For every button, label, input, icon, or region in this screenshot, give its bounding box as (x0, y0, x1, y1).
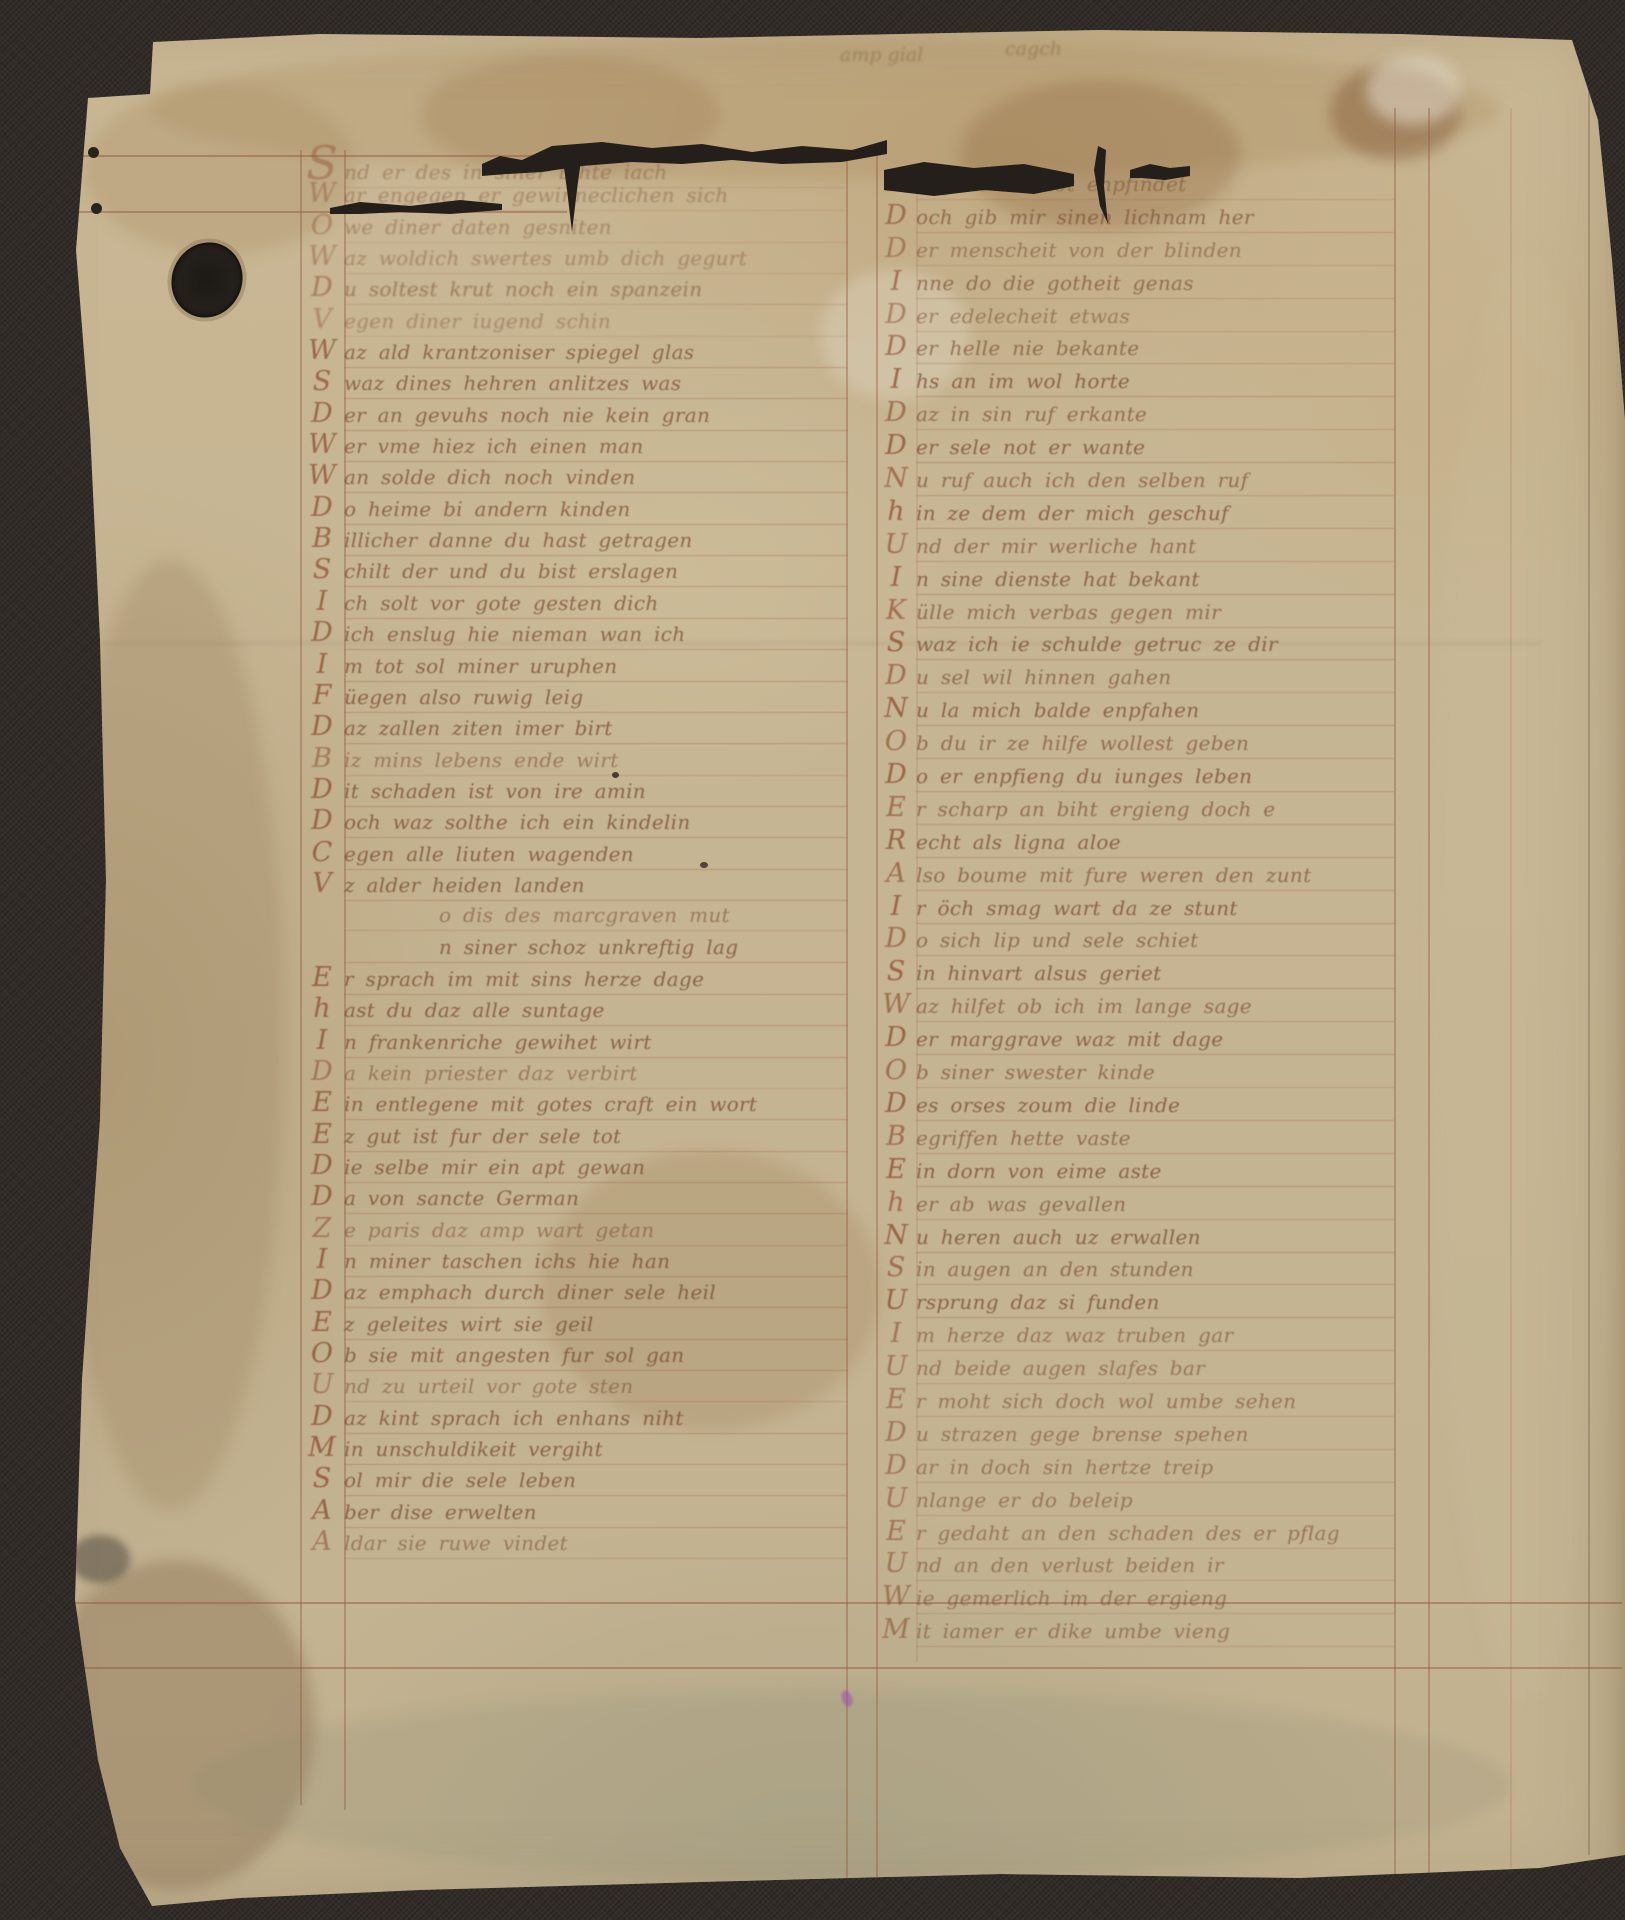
verse-line: Du soltest krut noch ein spanzein (300, 273, 848, 304)
verse-text: in ze dem der mich geschuf (916, 498, 1394, 529)
verse-line: Er moht sich doch wol umbe sehen (876, 1385, 1394, 1418)
verse-initial: M (300, 1433, 344, 1463)
verse-line: Des orses zoum die linde (876, 1089, 1394, 1122)
verse-text: u ruf auch ich den selben ruf (916, 465, 1394, 496)
verse-text: in unschuldikeit vergiht (344, 1434, 848, 1465)
verse-line: Vegen diner iugend schin (300, 305, 848, 336)
verse-line: In sine dienste hat bekant (876, 563, 1394, 596)
verse-text: b siner swester kinde (916, 1057, 1394, 1088)
header-offset-text: cagch (1005, 38, 1062, 60)
verse-line: o dis des marcgraven mut (300, 900, 848, 931)
verse-text: r sprach im mit sins herze dage (344, 964, 848, 995)
verse-text: lso boume mit fure weren den zunt (916, 860, 1394, 891)
verse-line: Daz in sin ruf erkante (876, 398, 1394, 431)
verse-initial: D (300, 1182, 344, 1212)
verse-initial: O (876, 1056, 916, 1086)
verse-text: chilt der und du bist erslagen (344, 556, 848, 587)
ruling-line-horizontal (70, 1667, 1622, 1669)
verse-line: Ein dorn von eime aste (876, 1155, 1394, 1188)
verse-initial: D (300, 399, 344, 429)
verse-line: Der helle nie bekante (876, 332, 1394, 365)
verse-line: Swaz dines hehren anlitzes was (300, 367, 848, 398)
verse-initial: S (876, 1253, 916, 1283)
verse-text: o dis des marcgraven mut (344, 900, 848, 931)
verse-line: Ze paris daz amp wart getan (300, 1214, 848, 1245)
verse-text: egen diner iugend schin (344, 306, 848, 337)
verse-initial: U (300, 1370, 344, 1400)
verse-initial: N (876, 464, 916, 494)
verse-line: Im herze daz waz truben gar (876, 1319, 1394, 1352)
verse-text: er helle nie bekante (916, 333, 1394, 364)
verse-line: Wer vme hiez ich einen man (300, 430, 848, 461)
verse-text: echt als ligna aloe (916, 827, 1394, 858)
verse-text: nd an den verlust beiden ir (916, 1550, 1394, 1581)
verse-text: iz mins lebens ende wirt (344, 745, 848, 776)
stain (1366, 55, 1461, 125)
verse-text: o sich lip und sele schiet (916, 925, 1394, 956)
verse-text: z gut ist fur der sele tot (344, 1121, 848, 1152)
verse-initial: E (876, 793, 916, 823)
verse-line: Ez gut ist fur der sele tot (300, 1120, 848, 1151)
verse-initial: E (300, 963, 344, 993)
verse-text: egen alle liuten wagenden (344, 839, 848, 870)
verse-text: er edelecheit etwas (916, 301, 1394, 332)
verse-initial: D (876, 924, 916, 954)
verse-initial: U (876, 530, 916, 560)
verse-line: Und beide augen slafes bar (876, 1352, 1394, 1385)
verse-initial: O (876, 727, 916, 757)
verse-initial: E (876, 1517, 916, 1547)
verse-text: n frankenriche gewihet wirt (344, 1027, 848, 1058)
verse-initial: D (876, 1418, 916, 1448)
verse-initial: E (876, 1155, 916, 1185)
verse-line: Aldar sie ruwe vindet (300, 1527, 848, 1558)
verse-line: Dit schaden ist von ire amin (300, 775, 848, 806)
verse-text: it iamer er dike umbe vieng (916, 1616, 1394, 1647)
verse-initial: D (300, 712, 344, 742)
verse-initial: B (876, 1122, 916, 1152)
verse-initial: V (300, 869, 344, 899)
verse-line: Ez geleites wirt sie geil (300, 1308, 848, 1339)
verse-line: n siner schoz unkreftig lag (300, 932, 848, 963)
verse-initial: D (300, 493, 344, 523)
verse-initial: I (876, 563, 916, 593)
text-column-left: Snd er des in siner bihte iachWar engege… (300, 148, 848, 1558)
verse-text: ich enslug hie nieman wan ich (344, 619, 848, 650)
verse-line: Nu ruf auch ich den selben ruf (876, 464, 1394, 497)
stain (35, 1560, 315, 1890)
verse-initial: S (300, 367, 344, 397)
verse-initial: A (876, 859, 916, 889)
ruling-line-vertical (1510, 108, 1512, 1868)
verse-line: Ursprung daz si funden (876, 1286, 1394, 1319)
verse-initial: I (300, 650, 344, 680)
verse-initial: I (876, 267, 916, 297)
verse-line: Da von sancte German (300, 1182, 848, 1213)
verse-text: e paris daz amp wart getan (344, 1215, 848, 1246)
verse-text: z alder heiden landen (344, 870, 848, 901)
verse-line: Cegen alle liuten wagenden (300, 838, 848, 869)
verse-initial: V (300, 305, 344, 335)
parchment-leaf: amp gial cagch Snd er des in siner bihte… (0, 0, 1625, 1920)
verse-initial: D (876, 1023, 916, 1053)
verse-initial: K (876, 596, 916, 626)
wormhole-damage (160, 231, 255, 329)
photograph-stage: amp gial cagch Snd er des in siner bihte… (0, 0, 1625, 1920)
verse-line: Also boume mit fure weren den zunt (876, 859, 1394, 892)
verse-initial: S (300, 148, 344, 178)
verse-initial: I (300, 587, 344, 617)
verse-line: Sin hinvart alsus geriet (876, 957, 1394, 990)
verse-line: Die selbe mir ein apt gewan (300, 1151, 848, 1182)
verse-line: Dich enslug hie nieman wan ich (300, 618, 848, 649)
verse-line: Der menscheit von der blinden (876, 234, 1394, 267)
verse-text: az in sin ruf erkante (916, 399, 1394, 430)
verse-line: Waz woldich swertes umb dich gegurt (300, 242, 848, 273)
pricking-hole (88, 147, 99, 158)
verse-initial: D (876, 201, 916, 231)
verse-line: Sin augen an den stunden (876, 1253, 1394, 1286)
verse-line: Schilt der und du bist erslagen (300, 555, 848, 586)
fold-crease (1588, 45, 1590, 1855)
verse-text: m herze daz waz truben gar (916, 1320, 1394, 1351)
verse-line: Er sprach im mit sins herze dage (300, 963, 848, 994)
stain (55, 560, 285, 1510)
verse-text: ar engegen er gewinneclichen sich (344, 180, 848, 211)
verse-line: Daz kint sprach ich enhans niht (300, 1402, 848, 1433)
verse-initial: D (300, 806, 344, 836)
stain (70, 1535, 130, 1583)
verse-text: nd zu urteil vor gote sten (344, 1371, 848, 1402)
verse-line: Daz zallen ziten imer birt (300, 712, 848, 743)
verse-line: Min unschuldikeit vergiht (300, 1433, 848, 1464)
verse-text: er sele not er wante (916, 432, 1394, 463)
verse-text: waz dines hehren anlitzes was (344, 368, 848, 399)
verse-initial: W (300, 336, 344, 366)
verse-text: in augen an den stunden (916, 1254, 1394, 1285)
verse-initial: D (300, 1057, 344, 1087)
verse-line: Begriffen hette vaste (876, 1122, 1394, 1155)
verse-initial: I (300, 1245, 344, 1275)
verse-text: z geleites wirt sie geil (344, 1309, 848, 1340)
verse-initial: h (876, 1188, 916, 1218)
verse-initial: D (300, 1151, 344, 1181)
verse-line: Waz hilfet ob ich im lange sage (876, 990, 1394, 1023)
verse-text: och waz solthe ich ein kindelin (344, 807, 848, 838)
verse-initial: W (300, 242, 344, 272)
verse-text: n siner schoz unkreftig lag (344, 932, 848, 963)
verse-line: Külle mich verbas gegen mir (876, 596, 1394, 629)
verse-text: a von sancte German (344, 1183, 848, 1214)
verse-line: Er gedaht an den schaden des er pflag (876, 1517, 1394, 1550)
verse-text: ch solt vor gote gesten dich (344, 588, 848, 619)
verse-line: In miner taschen ichs hie han (300, 1245, 848, 1276)
pricking-hole (91, 203, 102, 214)
verse-initial: D (876, 168, 916, 198)
stain (190, 1690, 1510, 1880)
verse-initial: D (876, 661, 916, 691)
verse-text: ldar sie ruwe vindet (344, 1528, 848, 1559)
verse-text: er vme hiez ich einen man (344, 431, 848, 462)
verse-text: nlange er do beleip (916, 1485, 1394, 1516)
verse-line: Ob siner swester kinde (876, 1056, 1394, 1089)
text-column-right: Do gunt der tot enpfindetDoch gib mir si… (876, 168, 1394, 1648)
verse-initial: I (876, 365, 916, 395)
verse-line: Biz mins lebens ende wirt (300, 744, 848, 775)
verse-line: Der sele not er wante (876, 431, 1394, 464)
verse-line: Snd er des in siner bihte iach (300, 148, 848, 179)
verse-initial: W (876, 990, 916, 1020)
verse-text: nd beide augen slafes bar (916, 1353, 1394, 1384)
verse-initial: U (876, 1352, 916, 1382)
verse-initial: D (300, 273, 344, 303)
verse-text: u soltest krut noch ein spanzein (344, 274, 848, 305)
verse-text: b sie mit angesten fur sol gan (344, 1340, 848, 1371)
verse-initial: B (300, 744, 344, 774)
verse-initial: N (876, 694, 916, 724)
verse-text: hs an im wol horte (916, 366, 1394, 397)
verse-text: u la mich balde enpfahen (916, 695, 1394, 726)
verse-initial: E (300, 1308, 344, 1338)
verse-text: az hilfet ob ich im lange sage (916, 991, 1394, 1022)
verse-line: Mit iamer er dike umbe vieng (876, 1615, 1394, 1648)
verse-text: er menscheit von der blinden (916, 235, 1394, 266)
verse-text: ar in doch sin hertze treip (916, 1452, 1394, 1483)
verse-line: hast du daz alle suntage (300, 994, 848, 1025)
verse-text: r moht sich doch wol umbe sehen (916, 1386, 1394, 1417)
verse-text: u sel wil hinnen gahen (916, 662, 1394, 693)
verse-initial: D (876, 431, 916, 461)
verse-text: az woldich swertes umb dich gegurt (344, 243, 848, 274)
verse-text: r gedaht an den schaden des er pflag (916, 1518, 1394, 1549)
verse-text: in hinvart alsus geriet (916, 958, 1394, 989)
verse-line: Unlange er do beleip (876, 1484, 1394, 1517)
verse-line: Do gunt der tot enpfindet (876, 168, 1394, 201)
verse-initial: M (876, 1615, 916, 1645)
verse-text: ie selbe mir ein apt gewan (344, 1152, 848, 1183)
verse-initial: D (300, 1402, 344, 1432)
verse-line: Do sich lip und sele schiet (876, 924, 1394, 957)
verse-line: Aber dise erwelten (300, 1496, 848, 1527)
verse-line: Wie gemerlich im der ergieng (876, 1582, 1394, 1615)
verse-initial: A (300, 1527, 344, 1557)
verse-line: Sol mir die sele leben (300, 1464, 848, 1495)
verse-initial: D (876, 398, 916, 428)
verse-text: a kein priester daz verbirt (344, 1058, 848, 1089)
verse-initial: h (876, 497, 916, 527)
verse-initial: W (876, 1582, 916, 1612)
verse-initial: C (300, 838, 344, 868)
verse-text: az emphach durch diner sele heil (344, 1277, 848, 1308)
verse-text: er marggrave waz mit dage (916, 1024, 1394, 1055)
stain (1330, 65, 1460, 160)
verse-text: o gunt der tot enpfindet (916, 169, 1394, 200)
verse-initial: S (876, 957, 916, 987)
verse-initial: I (876, 892, 916, 922)
verse-text: waz ich ie schulde getruc ze dir (916, 629, 1394, 660)
ruling-line-vertical (1394, 108, 1396, 1886)
verse-line: Swaz ich ie schulde getruc ze dir (876, 628, 1394, 661)
verse-initial: I (876, 1319, 916, 1349)
verse-initial: D (876, 332, 916, 362)
verse-text: nd der mir werliche hant (916, 531, 1394, 562)
verse-line: Doch waz solthe ich ein kindelin (300, 806, 848, 837)
verse-line: Inne do die gotheit genas (876, 267, 1394, 300)
verse-initial: D (876, 1089, 916, 1119)
verse-line: Der edelecheit etwas (876, 300, 1394, 333)
verse-initial: S (300, 1464, 344, 1494)
verse-line: Vz alder heiden landen (300, 869, 848, 900)
verse-line: Waz ald krantzoniser spiegel glas (300, 336, 848, 367)
verse-text: nne do die gotheit genas (916, 268, 1394, 299)
verse-initial: W (300, 461, 344, 491)
verse-text: ülle mich verbas gegen mir (916, 597, 1394, 628)
verse-text: o er enpfieng du iunges leben (916, 761, 1394, 792)
verse-text: rsprung daz si funden (916, 1287, 1394, 1318)
verse-line: Owe diner daten gesniten (300, 211, 848, 242)
verse-initial: S (300, 555, 344, 585)
verse-line: Und an den verlust beiden ir (876, 1549, 1394, 1582)
verse-line: Do heime bi andern kinden (300, 493, 848, 524)
verse-line: Billicher danne du hast getragen (300, 524, 848, 555)
verse-text: egriffen hette vaste (916, 1123, 1394, 1154)
verse-initial: D (876, 760, 916, 790)
verse-initial: D (876, 300, 916, 330)
verse-line: War engegen er gewinneclichen sich (300, 179, 848, 210)
verse-initial: R (876, 826, 916, 856)
ink-mark (840, 1689, 855, 1708)
verse-text: az ald krantzoniser spiegel glas (344, 337, 848, 368)
verse-text: illicher danne du hast getragen (344, 525, 848, 556)
header-offset-text: amp gial (840, 44, 923, 66)
verse-line: Ihs an im wol horte (876, 365, 1394, 398)
verse-text: n miner taschen ichs hie han (344, 1246, 848, 1277)
verse-line: In frankenriche gewihet wirt (300, 1026, 848, 1057)
verse-text: u heren auch uz erwallen (916, 1222, 1394, 1253)
verse-text: it schaden ist von ire amin (344, 776, 848, 807)
verse-text: üegen also ruwig leig (344, 682, 848, 713)
verse-text: er ab was gevallen (916, 1189, 1394, 1220)
verse-text: ie gemerlich im der ergieng (916, 1583, 1394, 1614)
verse-initial: F (300, 681, 344, 711)
verse-initial: A (300, 1496, 344, 1526)
verse-initial: U (876, 1549, 916, 1579)
verse-line: Do er enpfieng du iunges leben (876, 760, 1394, 793)
verse-line: Daz emphach durch diner sele heil (300, 1276, 848, 1307)
verse-line: Ob sie mit angesten fur sol gan (300, 1339, 848, 1370)
verse-line: Du sel wil hinnen gahen (876, 661, 1394, 694)
verse-line: Da kein priester daz verbirt (300, 1057, 848, 1088)
verse-initial: W (300, 179, 344, 209)
verse-text: es orses zoum die linde (916, 1090, 1394, 1121)
verse-initial: E (300, 1120, 344, 1150)
verse-line: Nu la mich balde enpfahen (876, 694, 1394, 727)
verse-line: hin ze dem der mich geschuf (876, 497, 1394, 530)
verse-line: Im tot sol miner uruphen (300, 650, 848, 681)
verse-line: Du strazen gege brense spehen (876, 1418, 1394, 1451)
verse-text: u strazen gege brense spehen (916, 1419, 1394, 1450)
verse-line: Nu heren auch uz erwallen (876, 1221, 1394, 1254)
verse-initial: N (876, 1221, 916, 1251)
verse-line: Und zu urteil vor gote sten (300, 1370, 848, 1401)
verse-text: az zallen ziten imer birt (344, 713, 848, 744)
verse-text: az kint sprach ich enhans niht (344, 1403, 848, 1434)
verse-line: her ab was gevallen (876, 1188, 1394, 1221)
verse-line: Ich solt vor gote gesten dich (300, 587, 848, 618)
verse-line: Ob du ir ze hilfe wollest geben (876, 727, 1394, 760)
verse-initial: Z (300, 1214, 344, 1244)
verse-initial: S (876, 628, 916, 658)
verse-text: m tot sol miner uruphen (344, 651, 848, 682)
verse-text: er an gevuhs noch nie kein gran (344, 400, 848, 431)
verse-initial: E (300, 1088, 344, 1118)
ruling-line-vertical (1428, 108, 1430, 1886)
verse-line: Und der mir werliche hant (876, 530, 1394, 563)
verse-initial: D (300, 618, 344, 648)
verse-initial: D (300, 1276, 344, 1306)
verse-initial: D (876, 1451, 916, 1481)
verse-initial: D (300, 775, 344, 805)
verse-line: Ir öch smag wart da ze stunt (876, 892, 1394, 925)
verse-text: n sine dienste hat bekant (916, 564, 1394, 595)
verse-line: Doch gib mir sinen lichnam her (876, 201, 1394, 234)
verse-initial: U (876, 1286, 916, 1316)
verse-text: r scharp an biht ergieng doch e (916, 794, 1394, 825)
verse-initial: O (300, 1339, 344, 1369)
verse-line: Dar in doch sin hertze treip (876, 1451, 1394, 1484)
verse-text: r öch smag wart da ze stunt (916, 893, 1394, 924)
verse-line: Der an gevuhs noch nie kein gran (300, 399, 848, 430)
verse-initial: D (876, 234, 916, 264)
verse-initial: U (876, 1484, 916, 1514)
verse-text: b du ir ze hilfe wollest geben (916, 728, 1394, 759)
verse-initial: O (300, 211, 344, 241)
verse-text: an solde dich noch vinden (344, 462, 848, 493)
verse-initial: W (300, 430, 344, 460)
verse-line: Er scharp an biht ergieng doch e (876, 793, 1394, 826)
verse-text: in entlegene mit gotes craft ein wort (344, 1089, 848, 1120)
verse-text: ast du daz alle suntage (344, 995, 848, 1026)
verse-line: Füegen also ruwig leig (300, 681, 848, 712)
verse-text: och gib mir sinen lichnam her (916, 202, 1394, 233)
verse-initial: h (300, 994, 344, 1024)
stain (1430, 250, 1620, 1700)
verse-text: o heime bi andern kinden (344, 494, 848, 525)
verse-text: ber dise erwelten (344, 1497, 848, 1528)
verse-text: in dorn von eime aste (916, 1156, 1394, 1187)
verse-line: Recht als ligna aloe (876, 826, 1394, 859)
verse-text: we diner daten gesniten (344, 212, 848, 243)
verse-initial: I (300, 1026, 344, 1056)
verse-line: Der marggrave waz mit dage (876, 1023, 1394, 1056)
verse-text: ol mir die sele leben (344, 1465, 848, 1496)
verse-line: Ein entlegene mit gotes craft ein wort (300, 1088, 848, 1119)
verse-initial: E (876, 1385, 916, 1415)
verse-initial: B (300, 524, 344, 554)
verse-line: Wan solde dich noch vinden (300, 461, 848, 492)
